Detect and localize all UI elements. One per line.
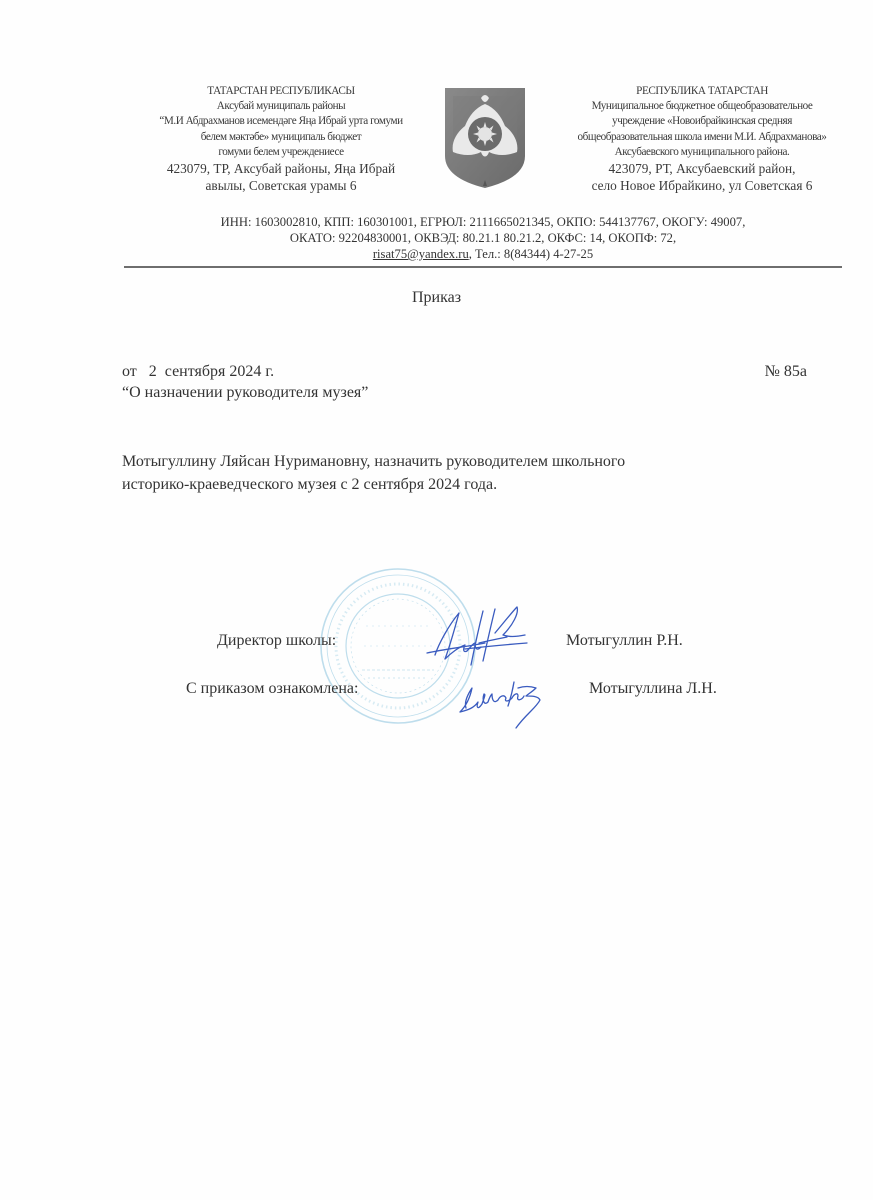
order-date: от 2 сентября 2024 г. [122,363,274,381]
header-right-line: учреждение «Новоибрайкинская средняя [545,114,859,129]
document-title: Приказ [0,289,873,307]
email-link[interactable]: risat75@yandex.ru [373,247,469,261]
header-right-line: общеобразовательная школа имени М.И. Абд… [545,130,859,145]
header-left-line: белем мәктәбе» муниципаль бюджет [128,130,434,145]
header-left-address: авылы, Советская урамы 6 [128,177,434,194]
organization-requisites: ИНН: 1603002810, КПП: 160301001, ЕГРЮЛ: … [124,214,842,262]
order-subject: “О назначении руководителя музея” [122,384,368,402]
header-right-line: Аксубаевского муниципального района. [545,145,859,160]
header-left-line: гомуми белем учреждениесе [128,145,434,160]
header-left-line: ТАТАРСТАН РЕСПУБЛИКАСЫ [128,84,434,99]
director-name: Мотыгуллин Р.Н. [566,632,683,650]
order-body: Мотыгуллину Ляйсан Нуримановну, назначит… [122,450,812,496]
header-left-line: “М.И Абдрахманов исемендәге Яңа Ибрай ур… [128,114,434,129]
order-body-line: Мотыгуллину Ляйсан Нуримановну, назначит… [122,450,812,473]
director-label: Директор школы: [217,632,336,650]
phone-text: , Тел.: 8(84344) 4-27-25 [469,247,593,261]
requisites-contacts: risat75@yandex.ru, Тел.: 8(84344) 4-27-2… [124,246,842,262]
header-right-line: Муниципальное бюджетное общеобразователь… [545,99,859,114]
requisites-line-2: ОКАТО: 92204830001, ОКВЭД: 80.21.1 80.21… [124,230,842,246]
director-signature-icon [425,603,535,669]
document-page: ТАТАРСТАН РЕСПУБЛИКАСЫ Аксубай муниципал… [0,0,873,1200]
header-divider [124,266,842,268]
acknowledged-signature-icon [452,672,552,730]
header-right-line: РЕСПУБЛИКА ТАТАРСТАН [545,84,859,99]
order-body-line: историко-краеведческого музея с 2 сентяб… [122,473,812,496]
acknowledged-name: Мотыгуллина Л.Н. [589,680,717,698]
header-right-russian: РЕСПУБЛИКА ТАТАРСТАН Муниципальное бюдже… [545,84,859,194]
order-number: № 85а [765,363,807,381]
coat-of-arms-icon [443,86,527,190]
header-right-address: село Новое Ибрайкино, ул Советская 6 [545,177,859,194]
acknowledged-label: С приказом ознакомлена: [186,680,358,698]
header-left-tatar: ТАТАРСТАН РЕСПУБЛИКАСЫ Аксубай муниципал… [128,84,434,194]
requisites-line-1: ИНН: 1603002810, КПП: 160301001, ЕГРЮЛ: … [124,214,842,230]
header-right-address: 423079, РТ, Аксубаевский район, [545,160,859,177]
header-left-address: 423079, ТР, Аксубай районы, Яңа Ибрай [128,160,434,177]
header-left-line: Аксубай муниципаль районы [128,99,434,114]
